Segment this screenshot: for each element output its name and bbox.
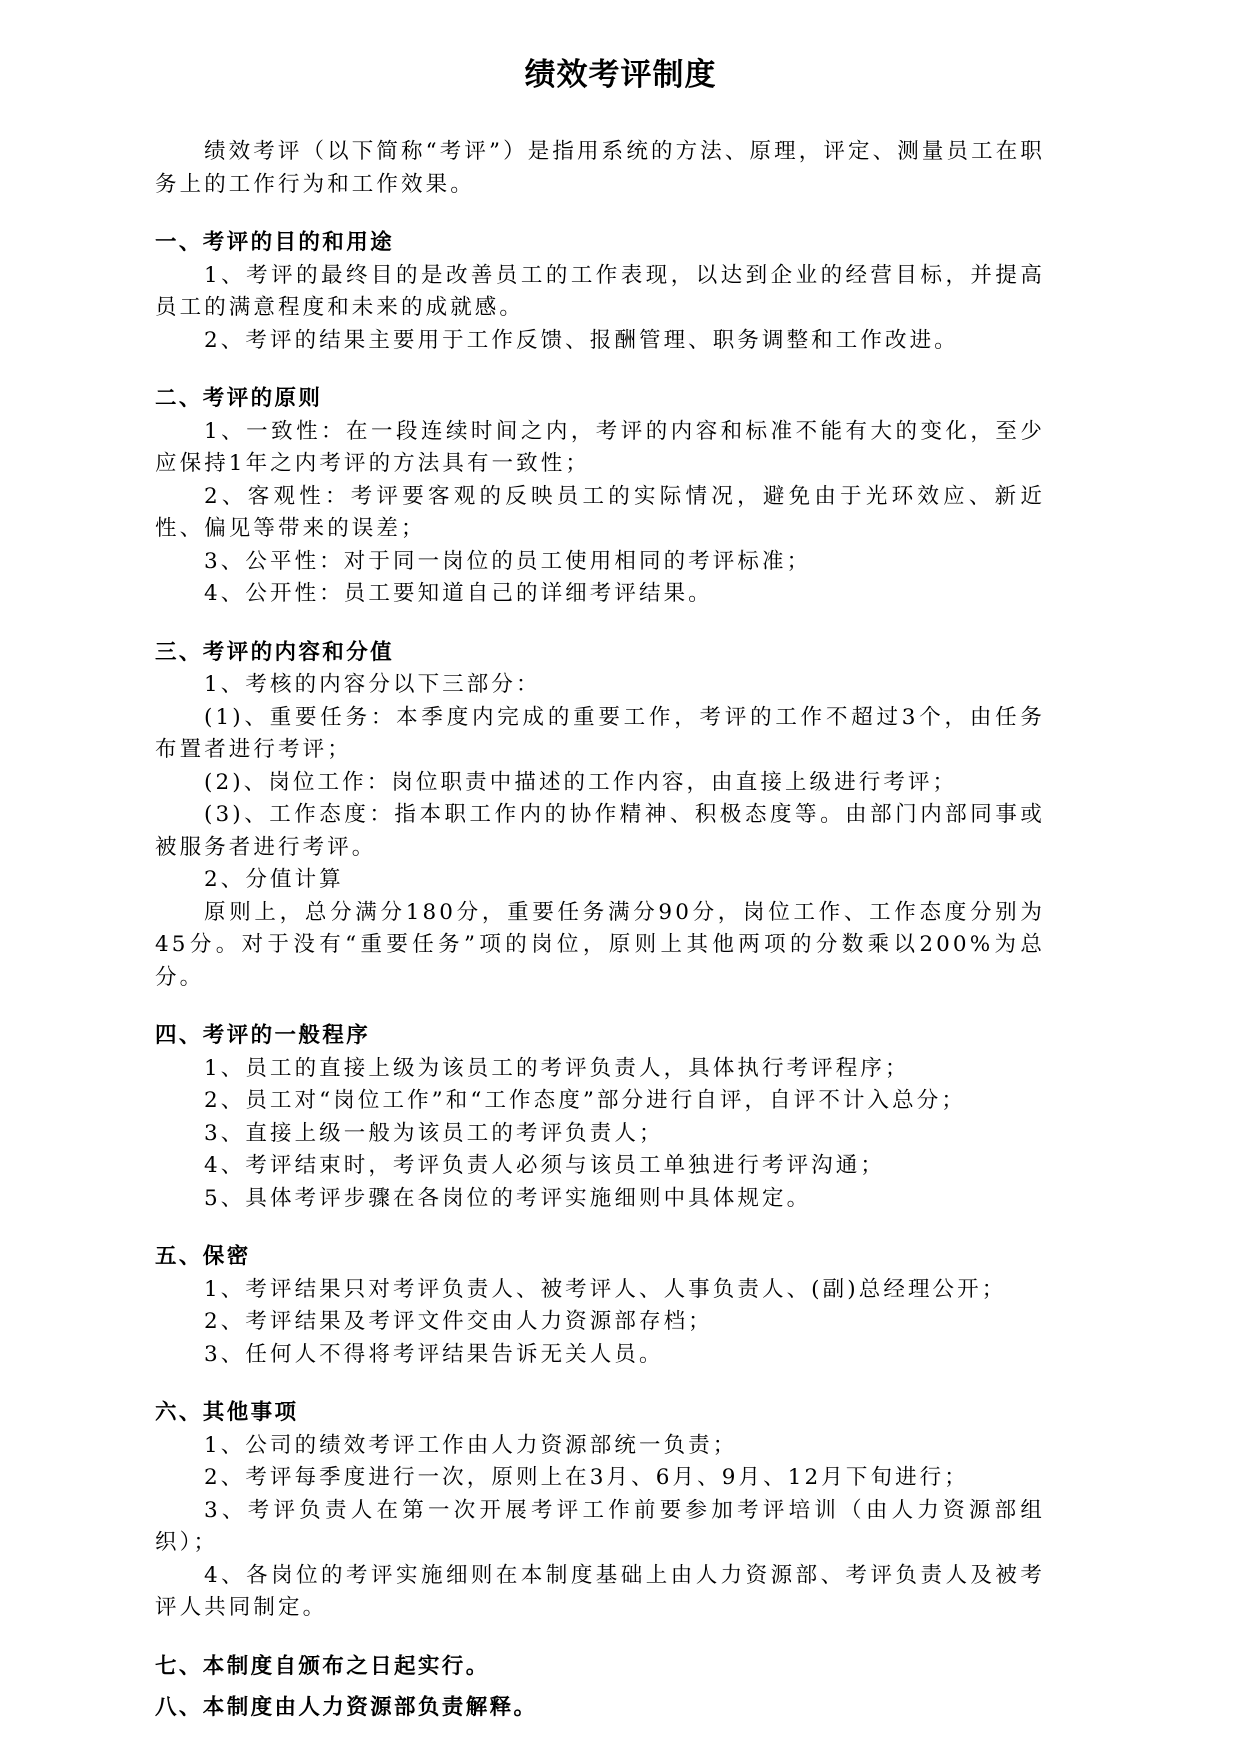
- section-item: 3、任何人不得将考评结果告诉无关人员。: [155, 1339, 1045, 1372]
- intro-paragraph: 绩效考评（以下简称“考评”）是指用系统的方法、原理，评定、测量员工在职务上的工作…: [155, 136, 1045, 201]
- section-item: 4、公开性：员工要知道自己的详细考评结果。: [155, 578, 1045, 611]
- section-item: 2、考评的结果主要用于工作反馈、报酬管理、职务调整和工作改进。: [155, 325, 1045, 358]
- document-body: 绩效考评（以下简称“考评”）是指用系统的方法、原理，评定、测量员工在职务上的工作…: [155, 136, 1045, 1725]
- section-content-and-scores: 三、考评的内容和分值 1、考核的内容分以下三部分： (1)、重要任务：本季度内完…: [155, 637, 1045, 995]
- section-heading: 五、保密: [155, 1241, 1045, 1274]
- section-item: 1、一致性：在一段连续时间之内，考评的内容和标准不能有大的变化，至少应保持1年之…: [155, 416, 1045, 481]
- section-item: 5、具体考评步骤在各岗位的考评实施细则中具体规定。: [155, 1183, 1045, 1216]
- section-item: (1)、重要任务：本季度内完成的重要工作，考评的工作不超过3个，由任务布置者进行…: [155, 702, 1045, 767]
- section-heading: 四、考评的一般程序: [155, 1020, 1045, 1053]
- section-heading: 一、考评的目的和用途: [155, 227, 1045, 260]
- section-item: 2、客观性：考评要客观的反映员工的实际情况，避免由于光环效应、新近性、偏见等带来…: [155, 481, 1045, 546]
- section-item: 原则上，总分满分180分，重要任务满分90分，岗位工作、工作态度分别为45分。对…: [155, 897, 1045, 995]
- section-purpose: 一、考评的目的和用途 1、考评的最终目的是改善员工的工作表现，以达到企业的经营目…: [155, 227, 1045, 357]
- section-item: 3、考评负责人在第一次开展考评工作前要参加考评培训（由人力资源部组织）；: [155, 1495, 1045, 1560]
- section-other-matters: 六、其他事项 1、公司的绩效考评工作由人力资源部统一负责； 2、考评每季度进行一…: [155, 1397, 1045, 1625]
- section-item: 1、员工的直接上级为该员工的考评负责人，具体执行考评程序；: [155, 1053, 1045, 1086]
- section-item: 3、公平性：对于同一岗位的员工使用相同的考评标准；: [155, 546, 1045, 579]
- section-item: 2、分值计算: [155, 864, 1045, 897]
- document-page: 绩效考评制度 绩效考评（以下简称“考评”）是指用系统的方法、原理，评定、测量员工…: [0, 0, 1241, 1754]
- section-principles: 二、考评的原则 1、一致性：在一段连续时间之内，考评的内容和标准不能有大的变化，…: [155, 383, 1045, 611]
- section-item: 2、员工对“岗位工作”和“工作态度”部分进行自评，自评不计入总分；: [155, 1085, 1045, 1118]
- section-confidentiality: 五、保密 1、考评结果只对考评负责人、被考评人、人事负责人、(副)总经理公开； …: [155, 1241, 1045, 1371]
- section-item: 2、考评每季度进行一次，原则上在3月、6月、9月、12月下旬进行；: [155, 1462, 1045, 1495]
- section-procedure: 四、考评的一般程序 1、员工的直接上级为该员工的考评负责人，具体执行考评程序； …: [155, 1020, 1045, 1215]
- section-heading: 六、其他事项: [155, 1397, 1045, 1430]
- section-heading: 二、考评的原则: [155, 383, 1045, 416]
- section-item: 4、考评结束时，考评负责人必须与该员工单独进行考评沟通；: [155, 1150, 1045, 1183]
- section-item: 1、考核的内容分以下三部分：: [155, 669, 1045, 702]
- section-item: 1、考评的最终目的是改善员工的工作表现，以达到企业的经营目标，并提高员工的满意程…: [155, 260, 1045, 325]
- closing-effective-date: 七、本制度自颁布之日起实行。: [155, 1651, 1045, 1684]
- section-item: 1、考评结果只对考评负责人、被考评人、人事负责人、(副)总经理公开；: [155, 1274, 1045, 1307]
- section-item: (3)、工作态度：指本职工作内的协作精神、积极态度等。由部门内部同事或被服务者进…: [155, 799, 1045, 864]
- section-item: 4、各岗位的考评实施细则在本制度基础上由人力资源部、考评负责人及被考评人共同制定…: [155, 1560, 1045, 1625]
- section-item: (2)、岗位工作：岗位职责中描述的工作内容，由直接上级进行考评；: [155, 767, 1045, 800]
- section-item: 3、直接上级一般为该员工的考评负责人；: [155, 1118, 1045, 1151]
- section-heading: 三、考评的内容和分值: [155, 637, 1045, 670]
- section-item: 1、公司的绩效考评工作由人力资源部统一负责；: [155, 1430, 1045, 1463]
- document-title: 绩效考评制度: [0, 55, 1241, 95]
- section-item: 2、考评结果及考评文件交由人力资源部存档；: [155, 1306, 1045, 1339]
- closing-interpretation: 八、本制度由人力资源部负责解释。: [155, 1692, 1045, 1725]
